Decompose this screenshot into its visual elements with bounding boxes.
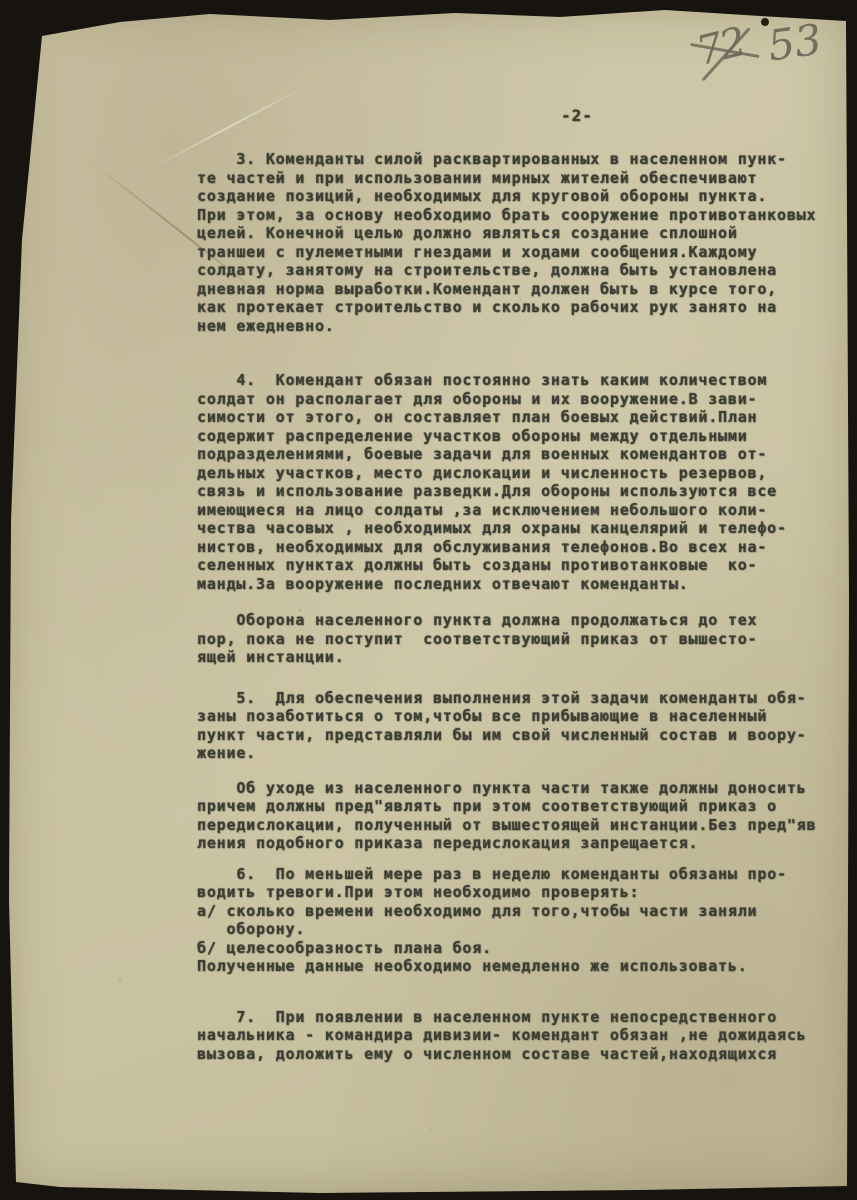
- paragraph-item-4: 4. Комендант обязан постоянно знать каки…: [197, 371, 857, 593]
- document-body: 3. Коменданты силой расквартированных в …: [197, 150, 857, 1063]
- handwritten-page-number: 53: [765, 15, 825, 71]
- paragraph-note-defense: Оборона населенного пункта должна продол…: [197, 611, 857, 667]
- document-page: 72 53 -2- 3. Коменданты силой расквартир…: [0, 0, 857, 1200]
- paragraph-item-7: 7. При появлении в населенном пункте неп…: [197, 1008, 857, 1064]
- paragraph-item-3: 3. Коменданты силой расквартированных в …: [197, 150, 857, 335]
- scan-background: 72 53 -2- 3. Коменданты силой расквартир…: [0, 0, 857, 1200]
- paragraph-item-6: 6. По меньшей мере раз в неделю комендан…: [197, 865, 857, 976]
- paragraph-note-departure: Об уходе из населенного пункта части так…: [197, 779, 857, 853]
- typed-page-number: -2-: [561, 106, 593, 125]
- handwritten-crossed-number: 72: [692, 19, 749, 75]
- paragraph-item-5: 5. Для обеспечения выполнения этой задач…: [197, 689, 857, 763]
